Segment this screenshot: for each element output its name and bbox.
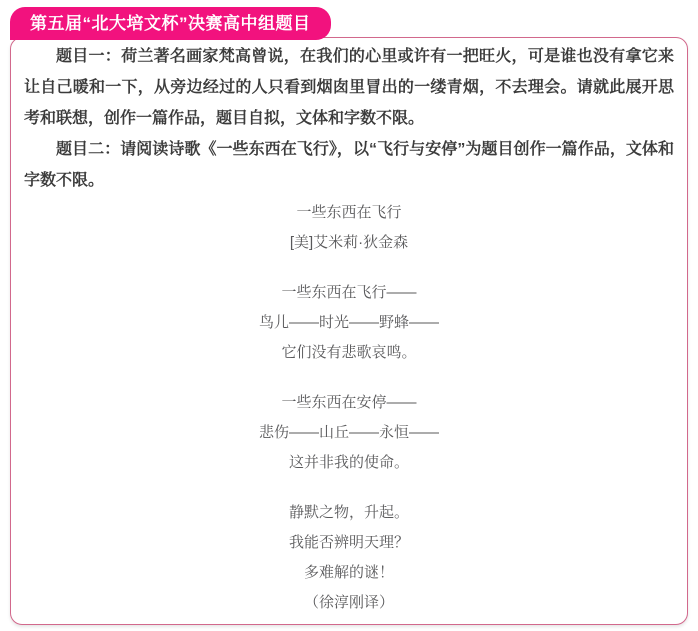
poem-head: 一些东西在飞行 [美]艾米莉·狄金森	[24, 198, 674, 258]
poem-author: [美]艾米莉·狄金森	[24, 228, 674, 258]
content-box: 题目一：荷兰著名画家梵高曾说，在我们的心里或许有一把旺火，可是谁也没有拿它来让自…	[10, 37, 688, 625]
poem-translator: （徐淳刚译）	[24, 588, 674, 618]
poem-line: 多难解的谜！	[24, 558, 674, 588]
poem-stanza-1: 一些东西在飞行—— 鸟儿——时光——野蜂—— 它们没有悲歌哀鸣。	[24, 278, 674, 368]
poem-line: 鸟儿——时光——野蜂——	[24, 308, 674, 338]
prompt-paragraph-2: 题目二：请阅读诗歌《一些东西在飞行》，以“飞行与安停”为题目创作一篇作品，文体和…	[24, 134, 674, 196]
poem-line: 一些东西在安停——	[24, 388, 674, 418]
title-badge: 第五届“北大培文杯”决赛高中组题目	[10, 7, 331, 40]
poem-line: 一些东西在飞行——	[24, 278, 674, 308]
poem-line: 悲伤——山丘——永恒——	[24, 418, 674, 448]
page-title: 第五届“北大培文杯”决赛高中组题目	[30, 14, 311, 33]
poem-stanza-3: 静默之物，升起。 我能否辨明天理？ 多难解的谜！ （徐淳刚译）	[24, 498, 674, 618]
page: 第五届“北大培文杯”决赛高中组题目 题目一：荷兰著名画家梵高曾说，在我们的心里或…	[0, 0, 698, 631]
poem-line: 这并非我的使命。	[24, 448, 674, 478]
poem-line: 我能否辨明天理？	[24, 528, 674, 558]
prompt-paragraph-1: 题目一：荷兰著名画家梵高曾说，在我们的心里或许有一把旺火，可是谁也没有拿它来让自…	[24, 41, 674, 134]
poem-title: 一些东西在飞行	[24, 198, 674, 228]
poem-stanza-2: 一些东西在安停—— 悲伤——山丘——永恒—— 这并非我的使命。	[24, 388, 674, 478]
poem: 一些东西在飞行 [美]艾米莉·狄金森 一些东西在飞行—— 鸟儿——时光——野蜂—…	[24, 198, 674, 618]
poem-line: 它们没有悲歌哀鸣。	[24, 338, 674, 368]
poem-line: 静默之物，升起。	[24, 498, 674, 528]
